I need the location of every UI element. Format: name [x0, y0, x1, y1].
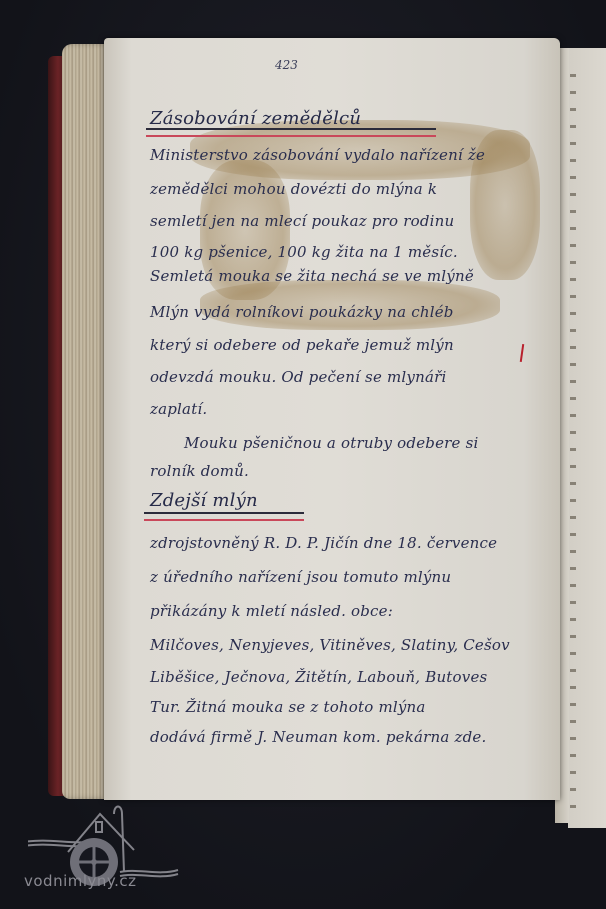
text-line: zaplatí. [150, 400, 207, 418]
text-line: Tur. Žitná mouka se z tohoto mlýna [150, 698, 426, 716]
text-line: Ministerstvo zásobování vydalo nařízení … [150, 146, 485, 164]
gutter-stitching [570, 60, 576, 820]
text-line: Semletá mouka se žita nechá se ve mlýně [150, 267, 474, 285]
text-line: rolník domů. [150, 462, 249, 480]
text-line: Mouku pšeničnou a otruby odebere si [184, 434, 478, 452]
text-line: Milčoves, Nenyjeves, Vitiněves, Slatiny,… [150, 636, 510, 654]
text-line: který si odebere od pekaře jemuž mlýn [150, 336, 454, 354]
text-line: zdrojstovněný R. D. P. Jičín dne 18. čer… [150, 534, 497, 552]
text-line: z úředního nařízení jsou tomuto mlýnu [150, 568, 451, 586]
page-edges [62, 44, 110, 799]
heading-underline [144, 512, 304, 521]
watermark-text: vodnimlyny.cz [24, 872, 137, 890]
section-heading: Zdejší mlýn [150, 490, 258, 511]
text-line: odevzdá mouku. Od pečení se mlynáři [150, 368, 446, 386]
text-line: Liběšice, Ječnova, Žitětín, Labouň, Buto… [150, 668, 487, 686]
text-line: semletí jen na mlecí poukaz pro rodinu [150, 212, 454, 230]
page-number: 423 [275, 58, 298, 72]
text-line: dodává firmě J. Neuman kom. pekárna zde. [150, 728, 486, 746]
heading-underline [146, 128, 436, 137]
text-line: 100 kg pšenice, 100 kg žita na 1 měsíc. [150, 243, 458, 261]
text-line: Mlýn vydá rolníkovi poukázky na chléb [150, 303, 454, 321]
text-line: přikázány k mletí násled. obce: [150, 602, 393, 620]
text-line: zemědělci mohou dovézti do mlýna k [150, 180, 437, 198]
section-heading: Zásobování zemědělců [150, 108, 361, 129]
